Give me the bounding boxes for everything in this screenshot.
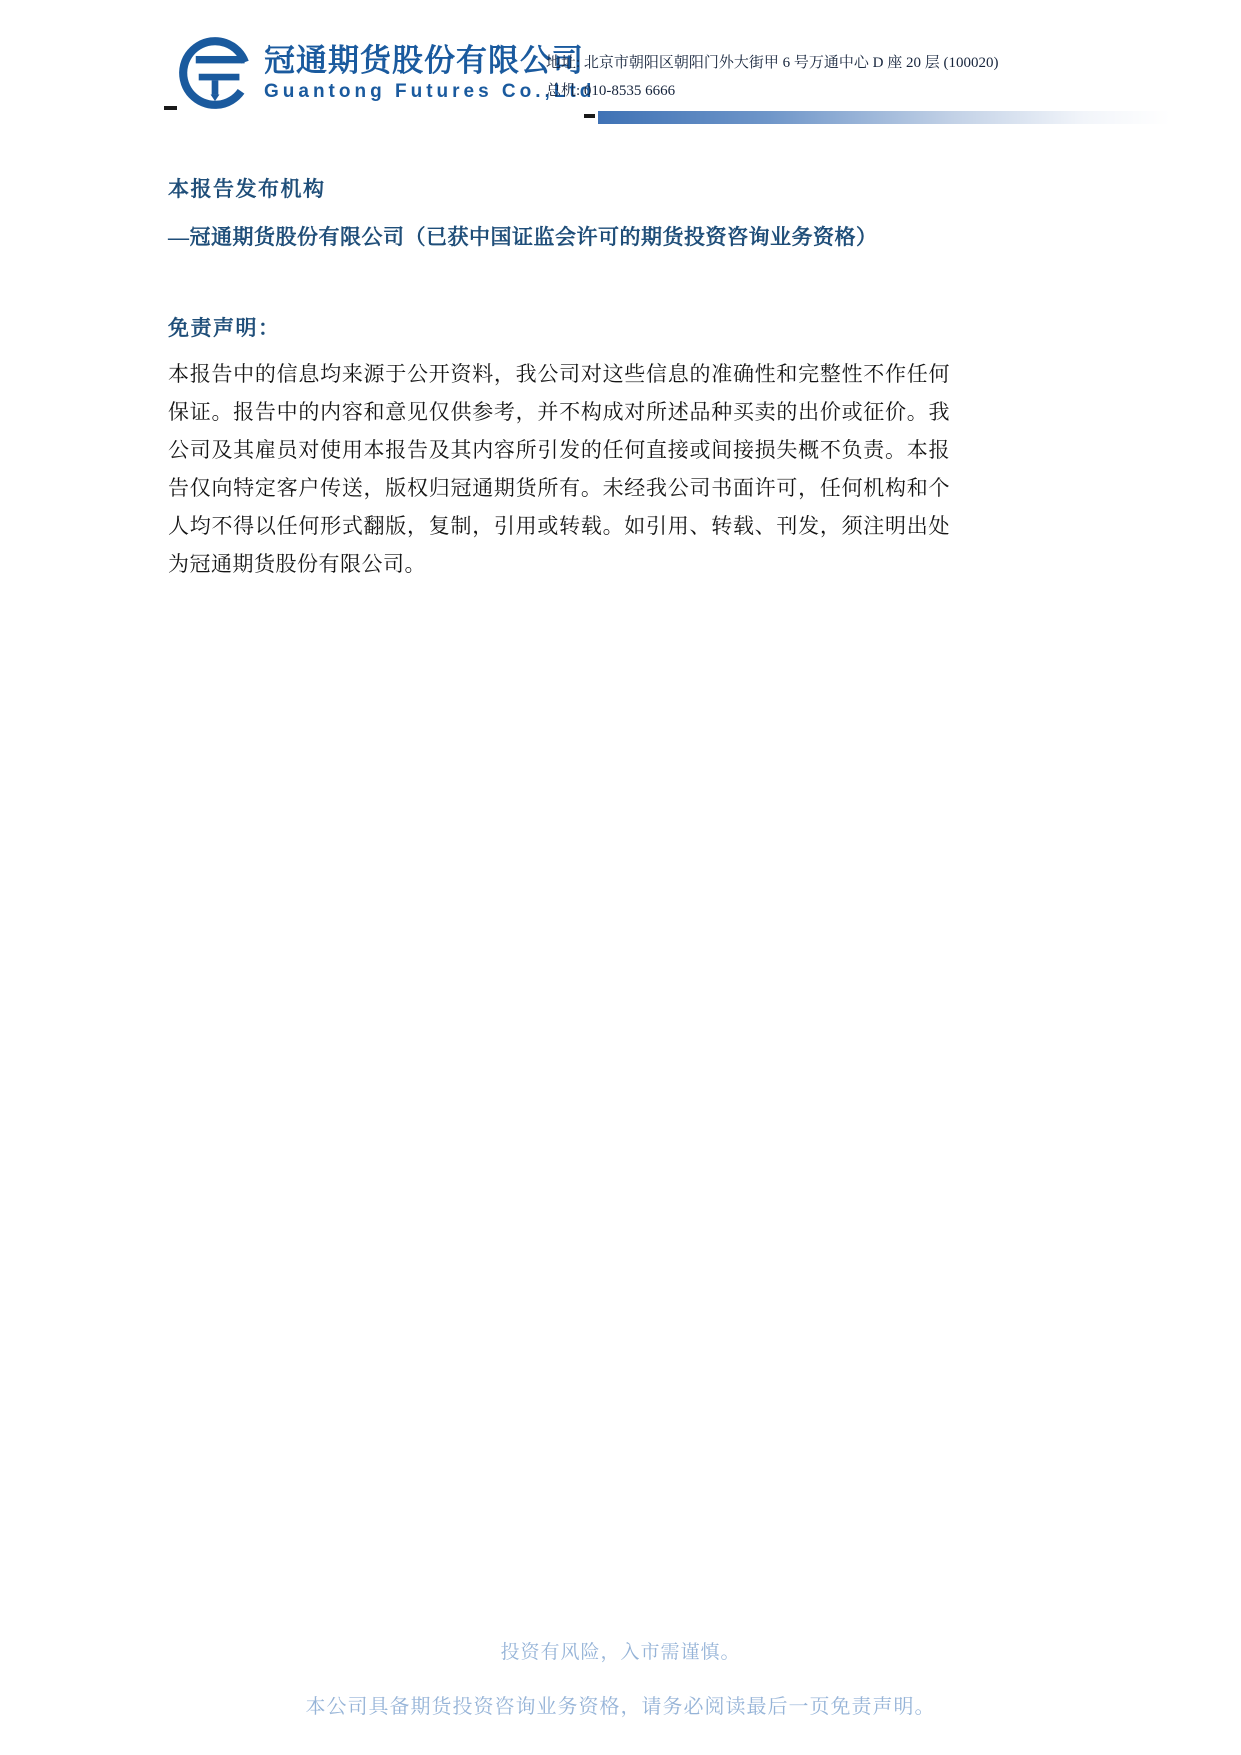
phone-value: 010-8535 6666 [584, 83, 675, 99]
left-dash-mark [164, 106, 177, 110]
phone-row: 总机: 010-8535 6666 [546, 78, 999, 106]
footer-risk-warning: 投资有风险，入市需谨慎。 [0, 1637, 1241, 1664]
disclaimer-paragraph: 本报告中的信息均来源于公开资料，我公司对这些信息的准确性和完整性不作任何保证。报… [168, 355, 950, 583]
publisher-company-line: —冠通期货股份有限公司（已获中国证监会许可的期货投资咨询业务资格） [168, 221, 878, 251]
phone-label: 总机: [546, 83, 580, 99]
document-page: 冠通期货股份有限公司 Guantong Futures Co.,Ltd 地址: … [0, 0, 1241, 1755]
address-row: 地址: 北京市朝阳区朝阳门外大街甲 6 号万通中心 D 座 20 层 (1000… [546, 50, 999, 78]
contact-info: 地址: 北京市朝阳区朝阳门外大街甲 6 号万通中心 D 座 20 层 (1000… [546, 50, 999, 106]
address-label: 地址: [546, 55, 580, 71]
address-value: 北京市朝阳区朝阳门外大街甲 6 号万通中心 D 座 20 层 (100020) [584, 55, 999, 71]
header-gradient-rule [598, 111, 1170, 124]
disclaimer-heading: 免责声明： [168, 312, 281, 342]
company-header: 冠通期货股份有限公司 Guantong Futures Co.,Ltd [178, 36, 595, 110]
right-dash-mark [584, 114, 595, 118]
footer-qualification-notice: 本公司具备期货投资咨询业务资格，请务必阅读最后一页免责声明。 [0, 1690, 1241, 1719]
publisher-heading: 本报告发布机构 [168, 173, 326, 203]
company-logo-icon [178, 36, 252, 110]
